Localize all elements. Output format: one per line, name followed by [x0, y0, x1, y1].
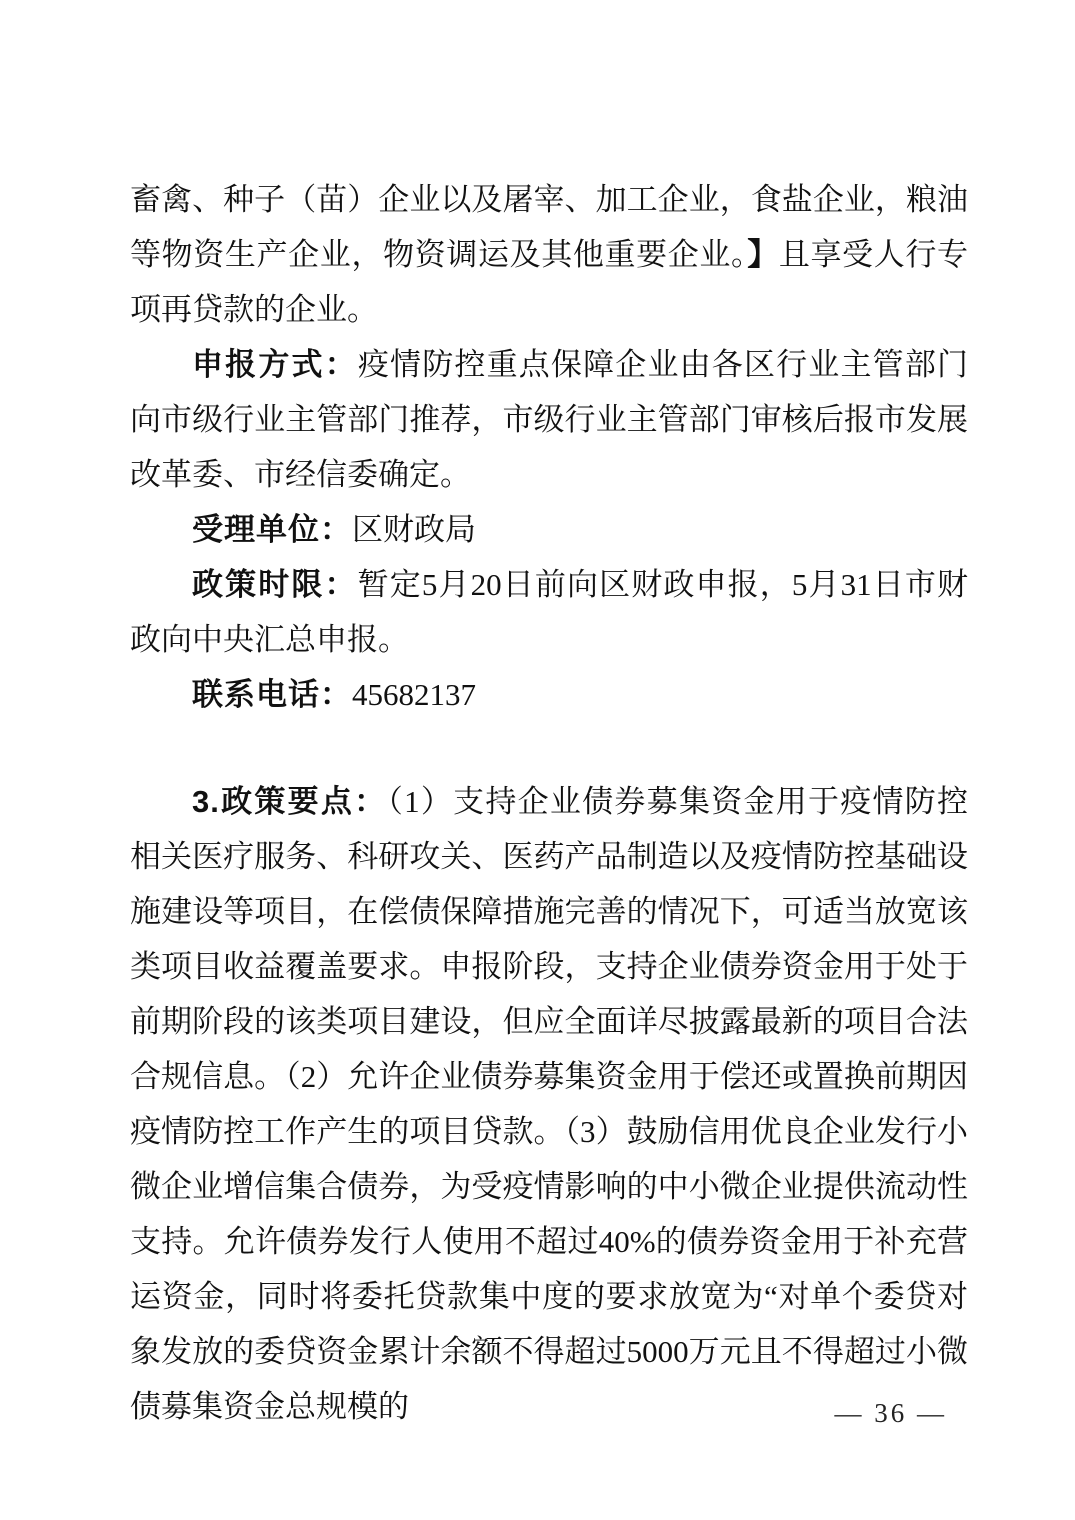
field-label-accepting-unit: 受理单位：: [192, 512, 352, 547]
paragraph-contact-phone: 联系电话：45682137: [130, 667, 968, 722]
paragraph-policy-points: 3.政策要点：（1）支持企业债券募集资金用于疫情防控相关医疗服务、科研攻关、医药…: [130, 774, 968, 1434]
field-label-contact-phone: 联系电话：: [192, 677, 352, 712]
field-label-application-method: 申报方式：: [192, 347, 358, 382]
paragraph-continuation: 畜禽、种子（苗）企业以及屠宰、加工企业，食盐企业，粮油等物资生产企业，物资调运及…: [130, 172, 968, 337]
paragraph-accepting-unit: 受理单位：区财政局: [130, 502, 968, 557]
field-value-accepting-unit: 区财政局: [352, 512, 476, 547]
paragraph-application-method: 申报方式：疫情防控重点保障企业由各区行业主管部门向市级行业主管部门推荐，市级行业…: [130, 337, 968, 502]
paragraph-policy-deadline: 政策时限：暂定5月20日前向区财政申报，5月31日市财政向中央汇总申报。: [130, 557, 968, 667]
page-number: — 36 —: [835, 1398, 948, 1429]
document-page: 畜禽、种子（苗）企业以及屠宰、加工企业，食盐企业，粮油等物资生产企业，物资调运及…: [0, 0, 1075, 1520]
field-label-policy-deadline: 政策时限：: [192, 567, 358, 602]
document-body: 畜禽、种子（苗）企业以及屠宰、加工企业，食盐企业，粮油等物资生产企业，物资调运及…: [130, 172, 968, 1434]
field-label-policy-points: 3.政策要点：: [192, 784, 387, 819]
field-value-policy-points: （1）支持企业债券募集资金用于疫情防控相关医疗服务、科研攻关、医药产品制造以及疫…: [130, 784, 968, 1424]
closing-bracket: 】: [747, 237, 779, 272]
field-value-contact-phone: 45682137: [352, 677, 476, 712]
